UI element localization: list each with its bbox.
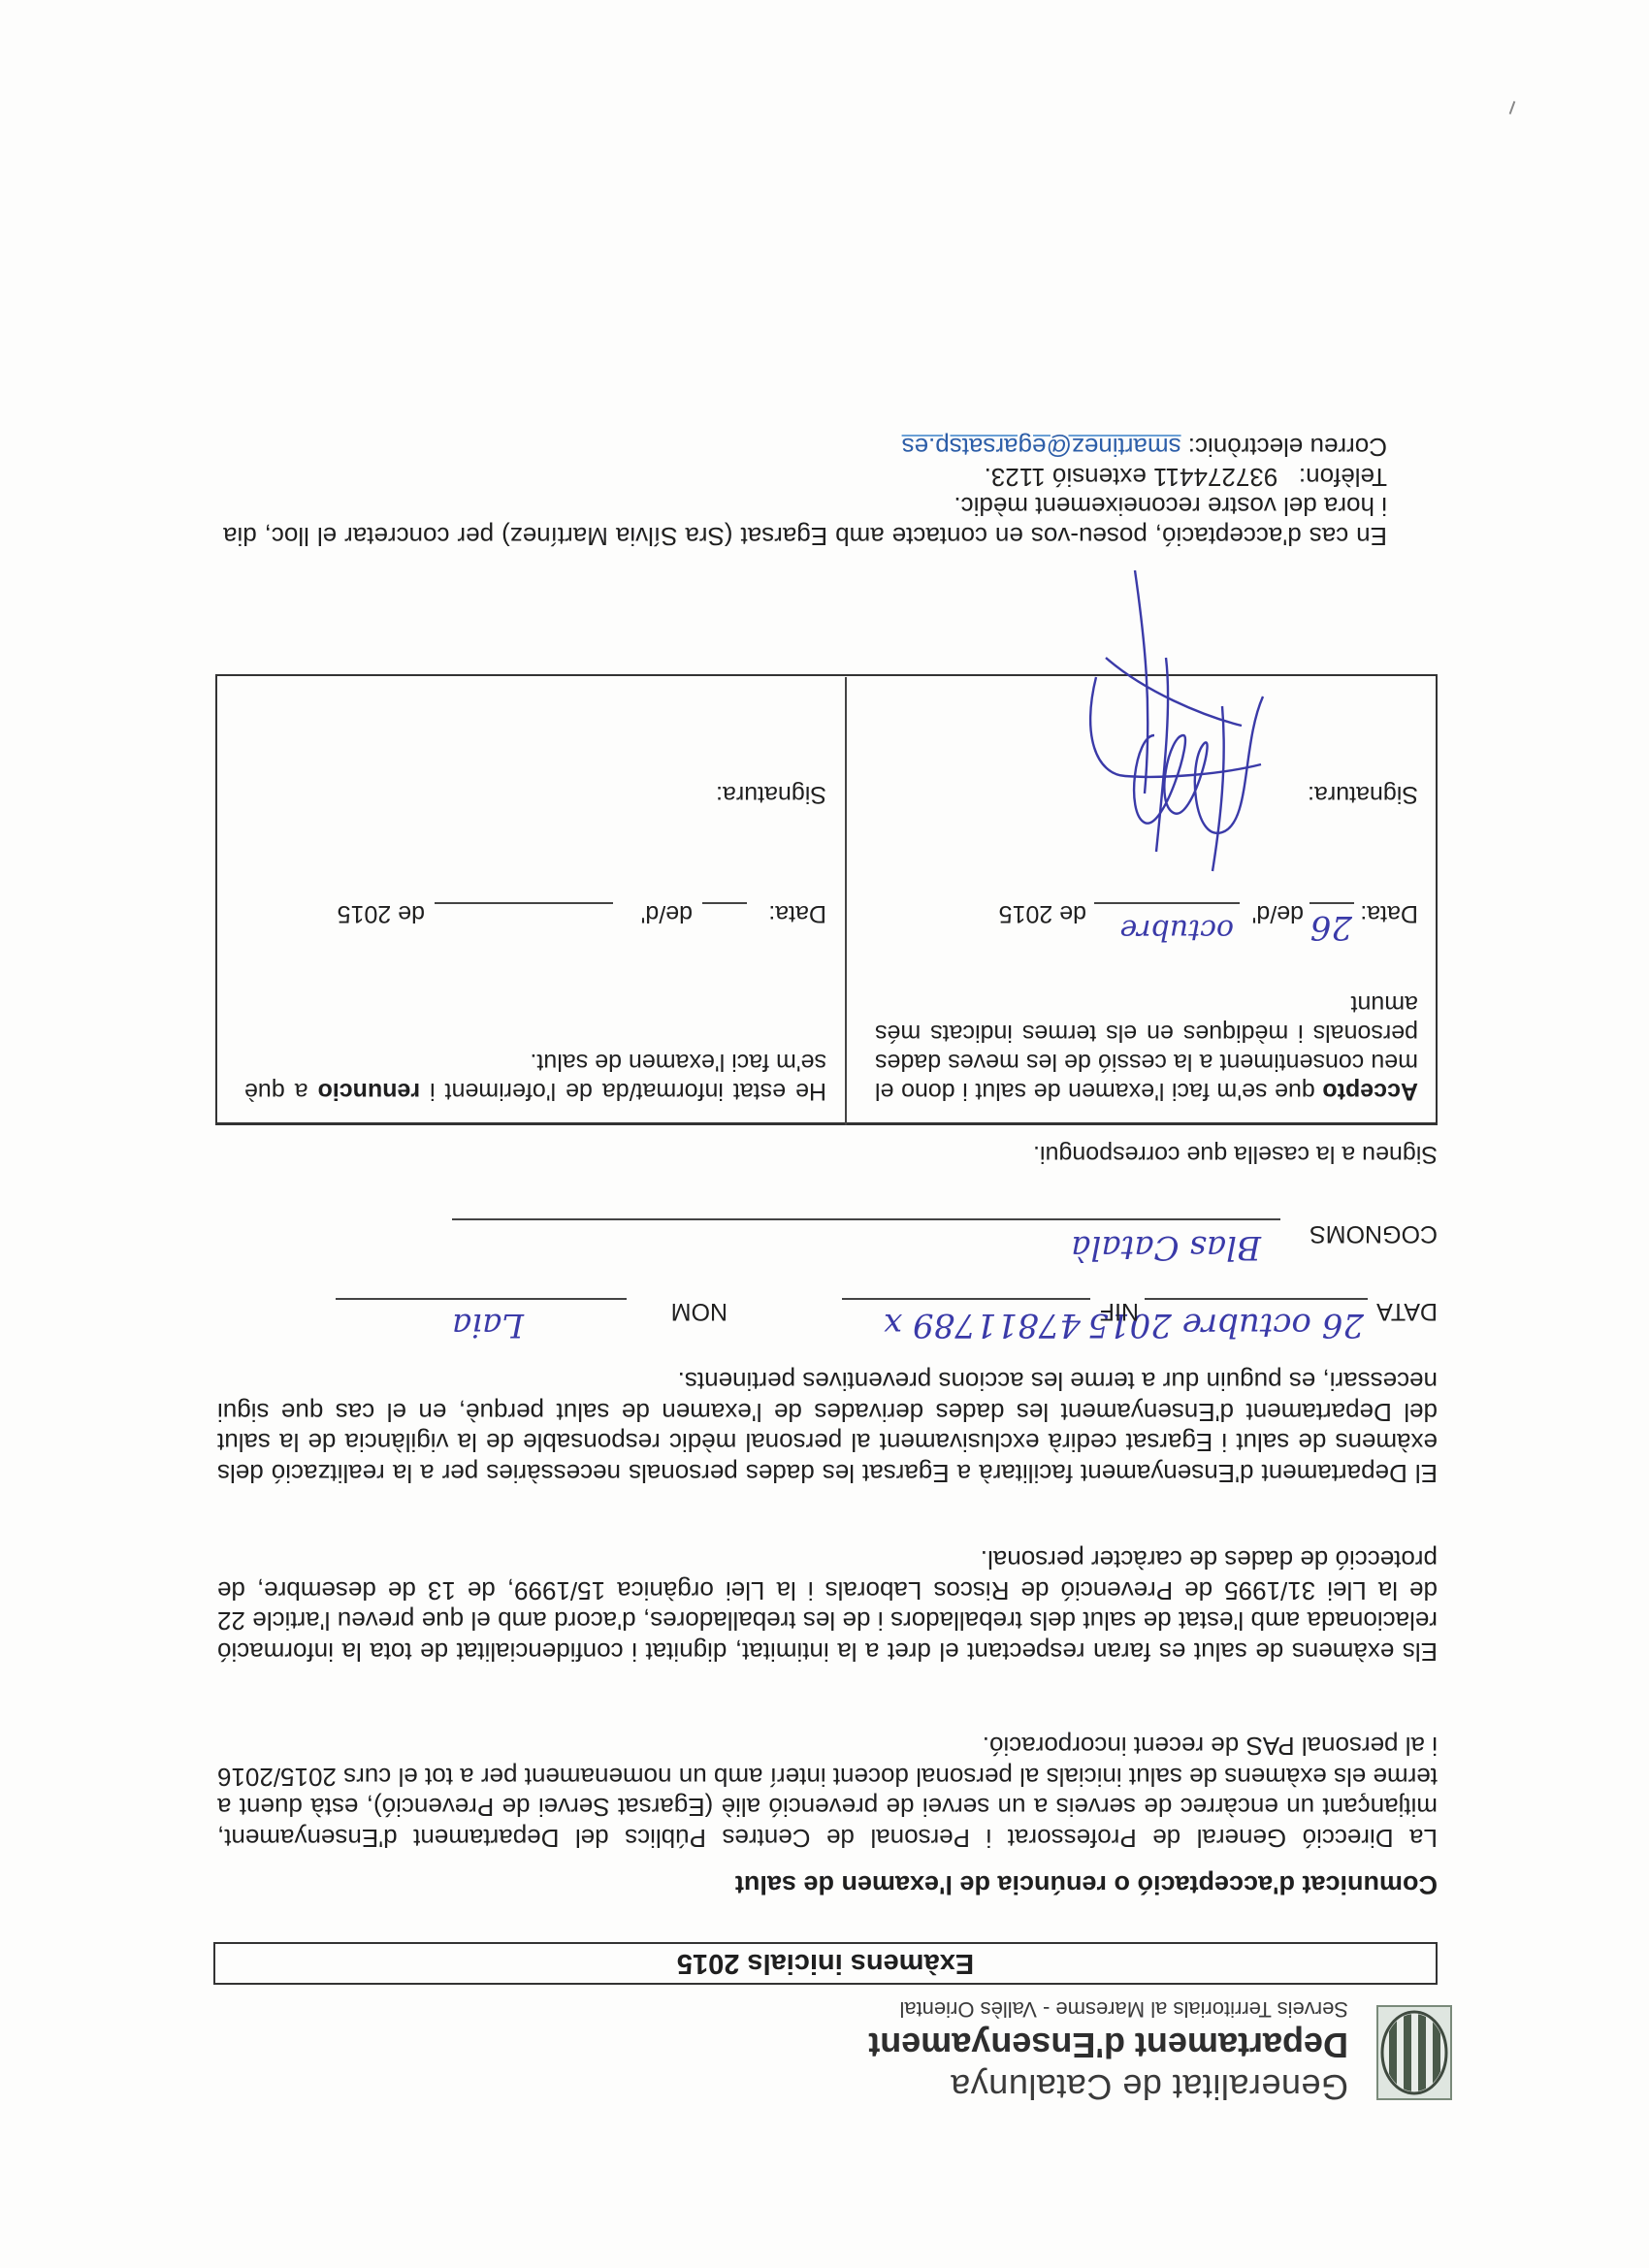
- section-subtitle: Comunicat d'acceptació o renúncia de l'e…: [735, 1869, 1438, 1899]
- data-line: [1145, 1298, 1368, 1300]
- nif-field[interactable]: 47811789 x: [884, 1306, 1081, 1345]
- accept-sep: de/d': [1252, 899, 1304, 927]
- reject-date-label: Data:: [768, 899, 826, 927]
- reject-month-line[interactable]: [435, 902, 613, 904]
- paragraph-data-transfer: El Departament d'Ensenyament facilitarà …: [217, 1366, 1438, 1488]
- nif-line: [842, 1298, 1090, 1300]
- cognoms-line: [452, 1218, 1280, 1220]
- reject-option-text[interactable]: He estat informat/da de l'oferiment i re…: [244, 1048, 826, 1106]
- paragraph-intro: La Direcció General de Professorat i Per…: [217, 1731, 1438, 1853]
- reject-day-line[interactable]: [702, 902, 747, 904]
- accept-month-field[interactable]: octubre: [1119, 913, 1234, 947]
- header-territorial-service: Serveis Territorials al Maresme - Vallès…: [899, 1996, 1348, 2022]
- document-title: Exàmens inicials 2015: [215, 1944, 1436, 1983]
- accept-date-label: Data:: [1360, 899, 1418, 927]
- accept-year: de 2015: [999, 899, 1086, 927]
- signing-instruction: Signeu a la casella que correspongui.: [1033, 1140, 1438, 1168]
- catalonia-senyera-shield-icon: [1375, 2004, 1453, 2101]
- cognoms-field[interactable]: Blas Català: [1071, 1228, 1261, 1267]
- email-label: Correu electrònic:: [1188, 434, 1387, 463]
- scanned-document-page: Generalitat de Catalunya Departament d'E…: [0, 0, 1649, 2268]
- contact-instructions: En cas d'acceptació, poseu-vos en contac…: [223, 492, 1387, 551]
- cognoms-label: COGNOMS: [1309, 1219, 1438, 1247]
- scan-artifact: [1509, 101, 1516, 114]
- nom-field[interactable]: Laia: [452, 1306, 524, 1345]
- contact-block: En cas d'acceptació, poseu-vos en contac…: [223, 433, 1387, 551]
- phone-value: 937274411 extensió 1123.: [985, 463, 1278, 492]
- contact-phone: Telèfon: 937274411 extensió 1123.: [223, 463, 1387, 493]
- accept-day-line: [1309, 902, 1354, 904]
- email-link[interactable]: smartinez@egarsatsp.es: [902, 434, 1181, 463]
- table-divider: [845, 677, 847, 1125]
- phone-label: Telèfon:: [1299, 463, 1387, 492]
- accept-signature[interactable]: [1067, 551, 1280, 881]
- reject-description: He estat informat/da de l'oferiment i: [420, 1078, 826, 1105]
- nif-label: NIF: [1100, 1297, 1139, 1325]
- accept-keyword: Accepto: [1322, 1078, 1418, 1105]
- data-label: DATA: [1376, 1297, 1438, 1325]
- reject-year: de 2015: [338, 899, 425, 927]
- contact-email: Correu electrònic: smartinez@egarsatsp.e…: [223, 433, 1387, 463]
- accept-option-text[interactable]: Accepto que se'm faci l'examen de salut …: [875, 989, 1418, 1106]
- accept-day-field[interactable]: 26: [1310, 908, 1352, 947]
- accept-month-line: [1094, 902, 1240, 904]
- header-organization: Generalitat de Catalunya: [951, 2066, 1348, 2107]
- reject-keyword: renuncio: [318, 1078, 421, 1105]
- paragraph-privacy: Els exàmens de salut es faran respectant…: [217, 1544, 1438, 1667]
- nom-label: NOM: [671, 1297, 727, 1325]
- nom-line: [336, 1298, 627, 1300]
- document-title-box: Exàmens inicials 2015: [213, 1942, 1438, 1985]
- header-department: Departament d'Ensenyament: [868, 2025, 1348, 2065]
- accept-signature-label: Signatura:: [1308, 780, 1418, 808]
- reject-signature-label: Signatura:: [716, 780, 826, 808]
- reject-sep: de/d': [641, 899, 693, 927]
